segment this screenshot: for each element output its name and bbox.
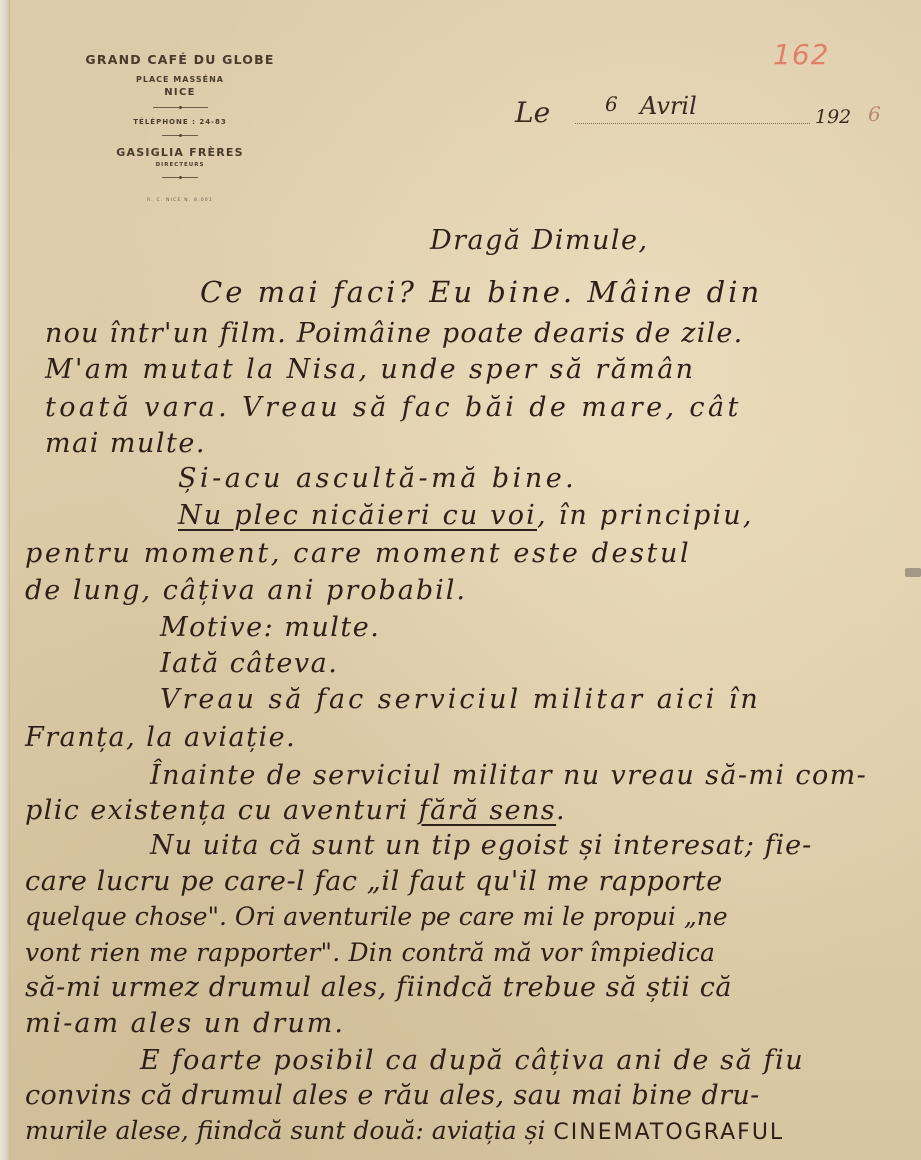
letter-line-emphasis: plic existența cu aventuri fără sens. bbox=[25, 795, 566, 826]
letter-line: nou într'un film. Poimâine poate dearis … bbox=[45, 318, 743, 349]
letter-line: toată vara. Vreau să fac băi de mare, câ… bbox=[45, 392, 742, 423]
line-start: plic existența cu aventuri bbox=[25, 795, 419, 826]
underlined-phrase: fără sens bbox=[419, 795, 556, 826]
letter-line: să-mi urmez drumul ales, fiindcă trebue … bbox=[25, 972, 732, 1003]
letter-line: Și-acu ascultă-mă bine. bbox=[178, 463, 577, 494]
letter-line: E foarte posibil ca după câțiva ani de s… bbox=[140, 1045, 804, 1076]
letter-line: vont rien me rapporter". Din contră mă v… bbox=[25, 938, 715, 967]
line-rest: , în principiu, bbox=[537, 500, 754, 531]
letter-line: Motive: multe. bbox=[160, 612, 380, 643]
letter-sheet: GRAND CAFÉ DU GLOBE PLACE MASSÉNA NICE T… bbox=[0, 0, 921, 1160]
letter-line: mi-am ales un drum. bbox=[25, 1008, 345, 1039]
letter-line-emphasis: murile alese, fiindcă sunt două: aviația… bbox=[25, 1116, 784, 1145]
letter-line: care lucru pe care-l fac „il faut qu'il … bbox=[25, 866, 723, 897]
letter-line: Franța, la aviație. bbox=[25, 722, 296, 753]
letter-line-emphasis: Nu plec nicăieri cu voi, în principiu, bbox=[178, 500, 754, 531]
capitalized-word: CINEMATOGRAFUL bbox=[553, 1120, 784, 1145]
letter-line: Ce mai faci? Eu bine. Mâine din bbox=[200, 275, 762, 309]
letter-body: Dragă Dimule, Ce mai faci? Eu bine. Mâin… bbox=[0, 0, 921, 1160]
letter-line: convins că drumul ales e rău ales, sau m… bbox=[25, 1080, 760, 1111]
letter-line: Vreau să fac serviciul militar aici în bbox=[160, 684, 761, 715]
line-end: . bbox=[556, 795, 566, 826]
line-start: murile alese, fiindcă sunt două: aviația… bbox=[25, 1116, 553, 1145]
letter-line: Înainte de serviciul militar nu vreau să… bbox=[150, 760, 867, 791]
letter-line: quelque chose". Ori aventurile pe care m… bbox=[25, 902, 728, 931]
underlined-phrase: Nu plec nicăieri cu voi bbox=[178, 500, 537, 531]
letter-line: de lung, câțiva ani probabil. bbox=[25, 575, 467, 606]
letter-line: pentru moment, care moment este destul bbox=[25, 538, 691, 569]
letter-line: Nu uita că sunt un tip egoist și interes… bbox=[150, 830, 812, 861]
letter-line: Iată câteva. bbox=[160, 648, 338, 679]
letter-line: mai multe. bbox=[45, 428, 206, 459]
salutation: Dragă Dimule, bbox=[430, 225, 649, 256]
letter-line: M'am mutat la Nisa, unde sper să rămân bbox=[45, 354, 695, 385]
